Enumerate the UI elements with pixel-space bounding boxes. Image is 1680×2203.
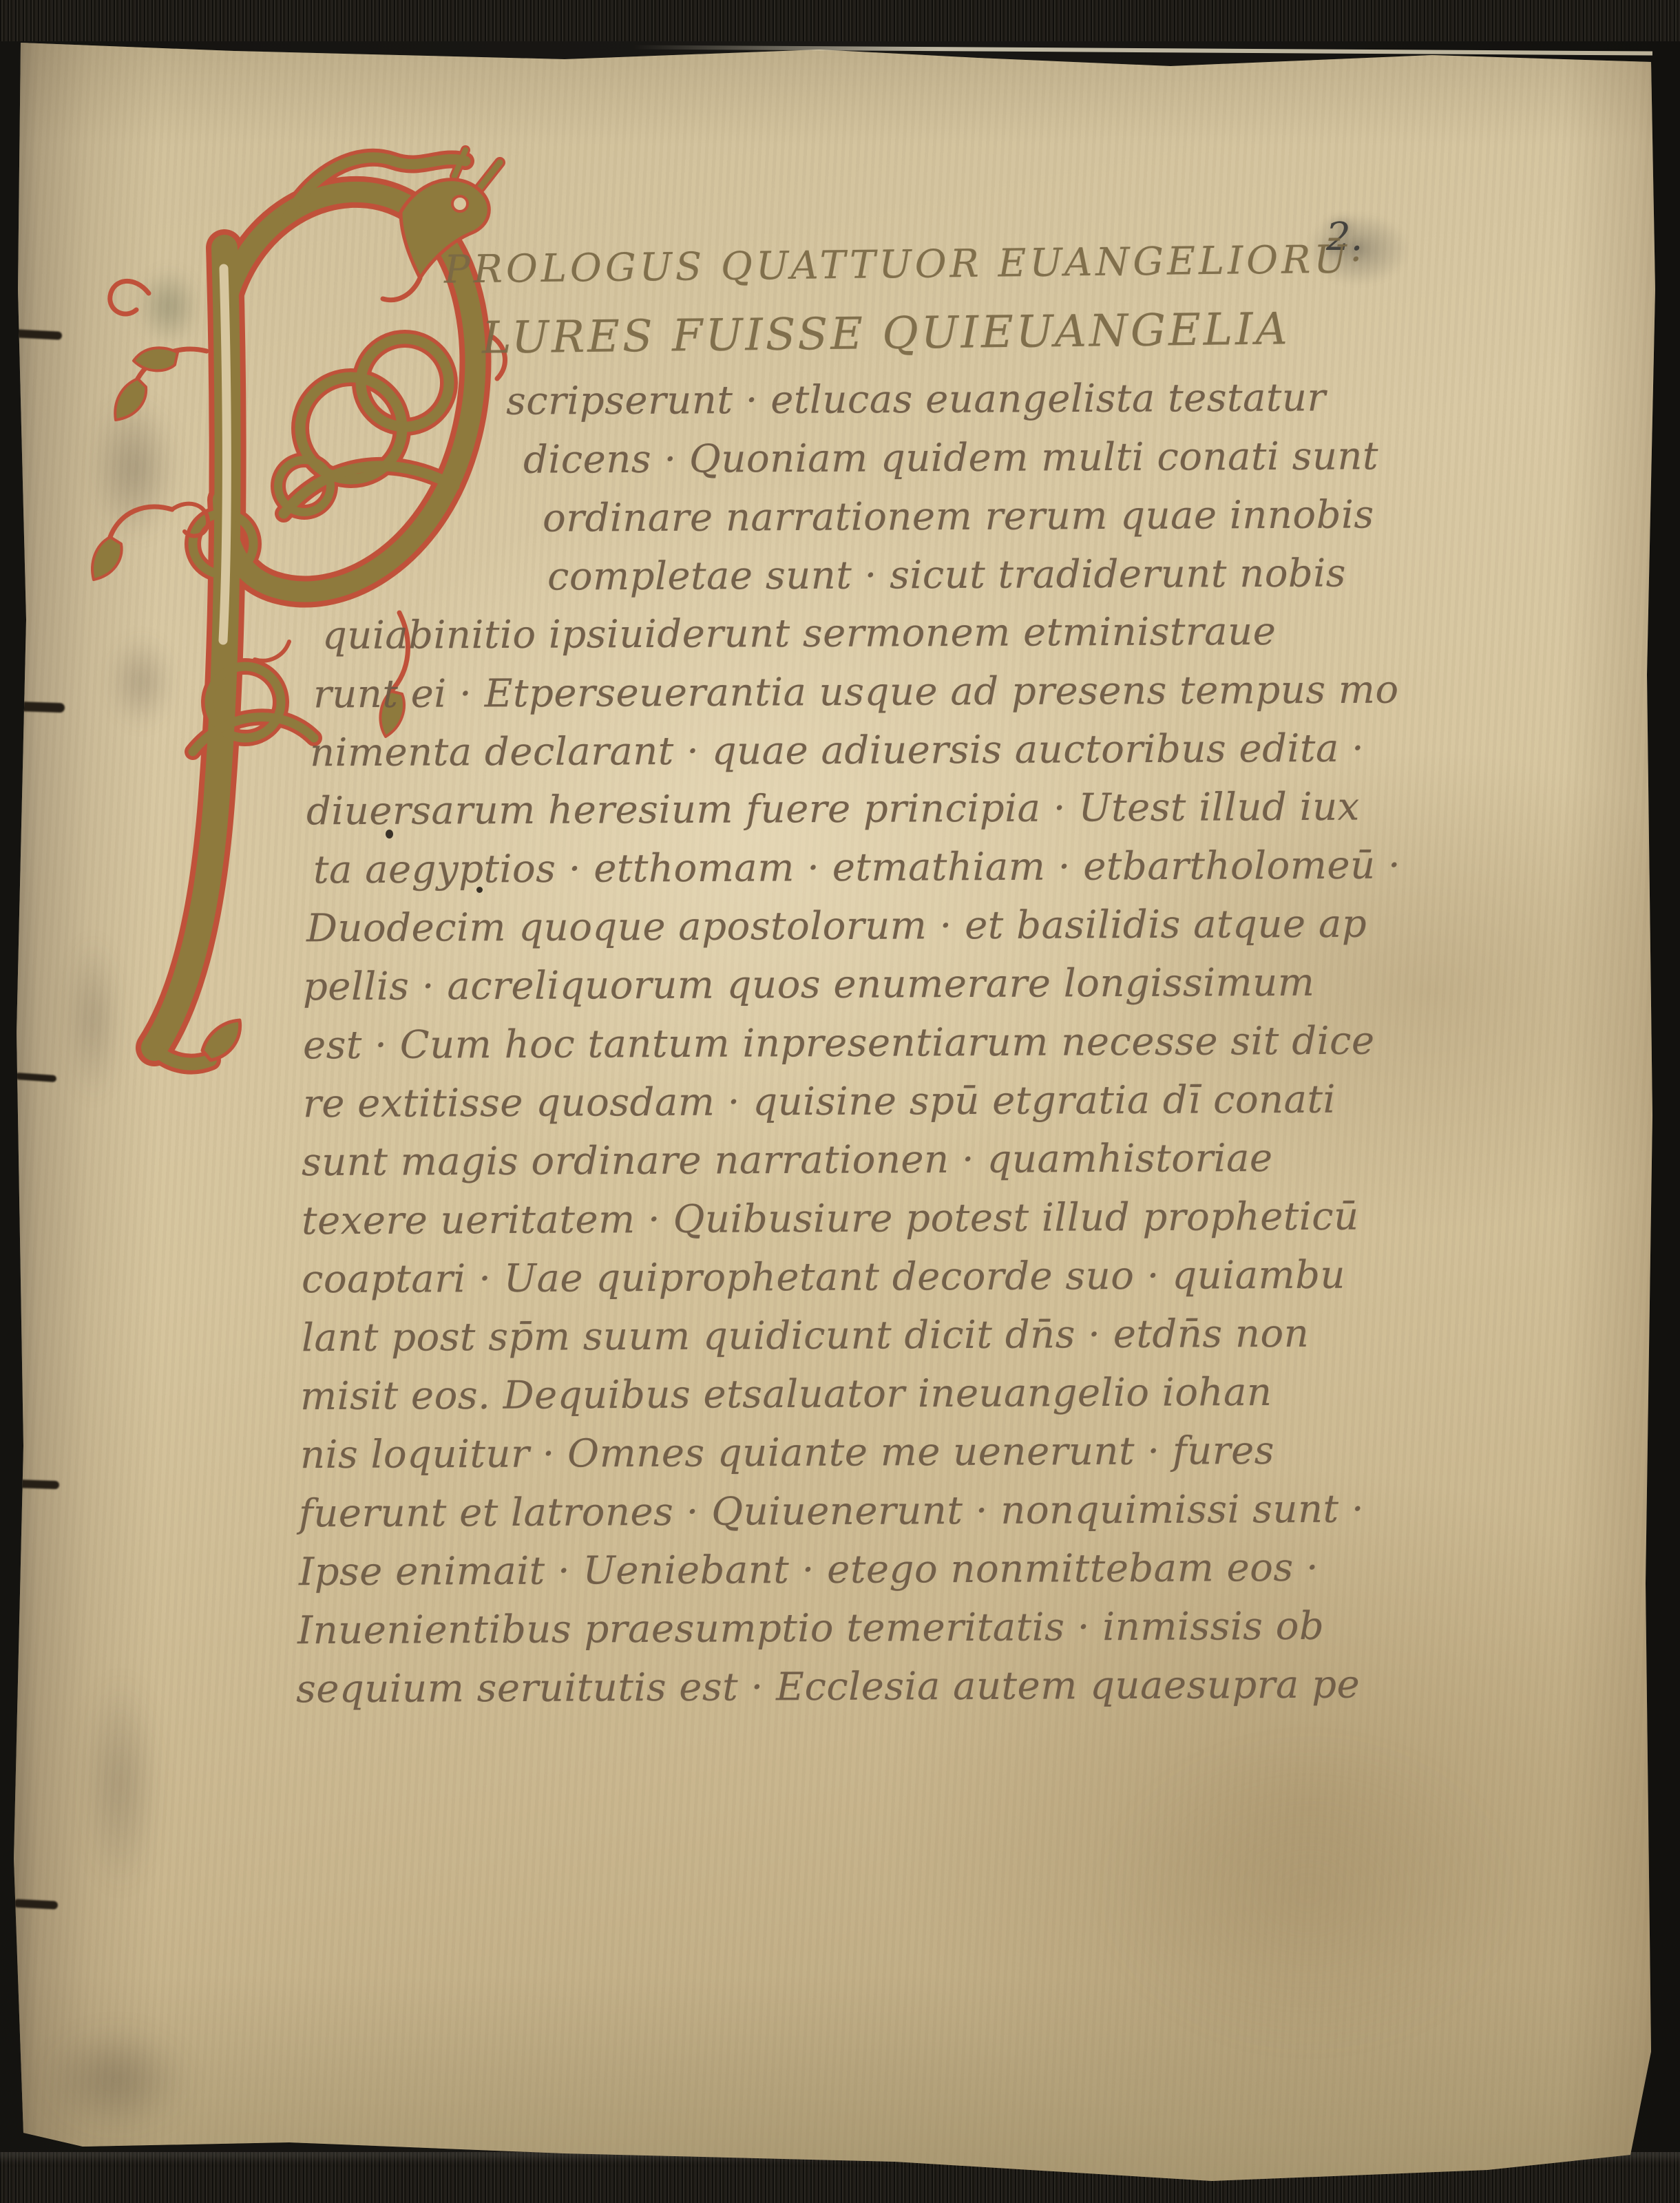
- parchment-stain: [1033, 1687, 1584, 2100]
- text-line: Ipse enimait · Ueniebant · etego nonmitt…: [299, 1546, 1319, 1594]
- text-line: coaptari · Uae quiprophetant decorde suo…: [302, 1253, 1345, 1303]
- text-line: diuersarum heresium fuere principia · Ut…: [306, 785, 1360, 834]
- text-line: runt ei · Etperseuerantia usque ad prese…: [313, 668, 1399, 717]
- text-line: ordinare narrationem rerum quae innobis: [543, 492, 1374, 540]
- text-line: lant post sp̄m suum quidicunt dicit dn̄s…: [302, 1311, 1310, 1360]
- text-line: dicens · Quoniam quidem multi conati sun…: [523, 434, 1378, 482]
- manuscript-page: 2. PROLOGUS QUATTUOR EUANGELIORŪ·LURES F…: [0, 0, 1680, 2203]
- text-line: quiabinitio ipsiuiderunt sermonem etmini…: [322, 609, 1277, 658]
- text-line: completae sunt · sicut tradiderunt nobis: [547, 551, 1346, 599]
- text-line: scripserunt · etlucas euangelista testat…: [506, 375, 1326, 423]
- sewing-station: [11, 1479, 59, 1489]
- text-line: est · Cum hoc tantum inpresentiarum nece…: [303, 1019, 1375, 1068]
- text-line: texere ueritatem · Quibusiure potest ill…: [302, 1194, 1359, 1244]
- text-line: sunt magis ordinare narrationen · quamhi…: [302, 1136, 1273, 1185]
- parchment-stain: [21, 2010, 213, 2148]
- sewing-station: [14, 329, 63, 340]
- sewing-station: [14, 1899, 59, 1909]
- book-block-edge-top: [0, 0, 1680, 41]
- parchment-stain: [69, 1638, 172, 1928]
- incipit-line: PROLOGUS QUATTUOR EUANGELIORŪ·: [444, 237, 1366, 292]
- text-line: nimenta declarant · quae adiuersis aucto…: [310, 726, 1365, 776]
- text-line: fuerunt et latrones · Quiuenerunt · nonq…: [299, 1487, 1364, 1537]
- text-line: Inuenientibus praesumptio temeritatis · …: [297, 1604, 1325, 1654]
- text-line: ta aegyptios · etthomam · etmathiam · et…: [313, 843, 1400, 893]
- sewing-station: [12, 702, 65, 713]
- incipit-line: LURES FUISSE QUIEUANGELIA: [482, 304, 1290, 363]
- text-line: re extitisse quosdam · quisine spū etgra…: [303, 1077, 1336, 1127]
- text-line: Duodecim quoque apostolorum · et basilid…: [306, 902, 1367, 951]
- sewing-station: [15, 1073, 57, 1082]
- photograph-stage: 2. PROLOGUS QUATTUOR EUANGELIORŪ·LURES F…: [0, 0, 1680, 2203]
- text-line: sequium seruitutis est · Ecclesia autem …: [296, 1663, 1360, 1712]
- text-line: misit eos. Dequibus etsaluator ineuangel…: [300, 1370, 1272, 1419]
- text-line: pellis · acreliquorum quos enumerare lon…: [303, 960, 1315, 1009]
- text-line: nis loquitur · Omnes quiante me uenerunt…: [300, 1429, 1274, 1477]
